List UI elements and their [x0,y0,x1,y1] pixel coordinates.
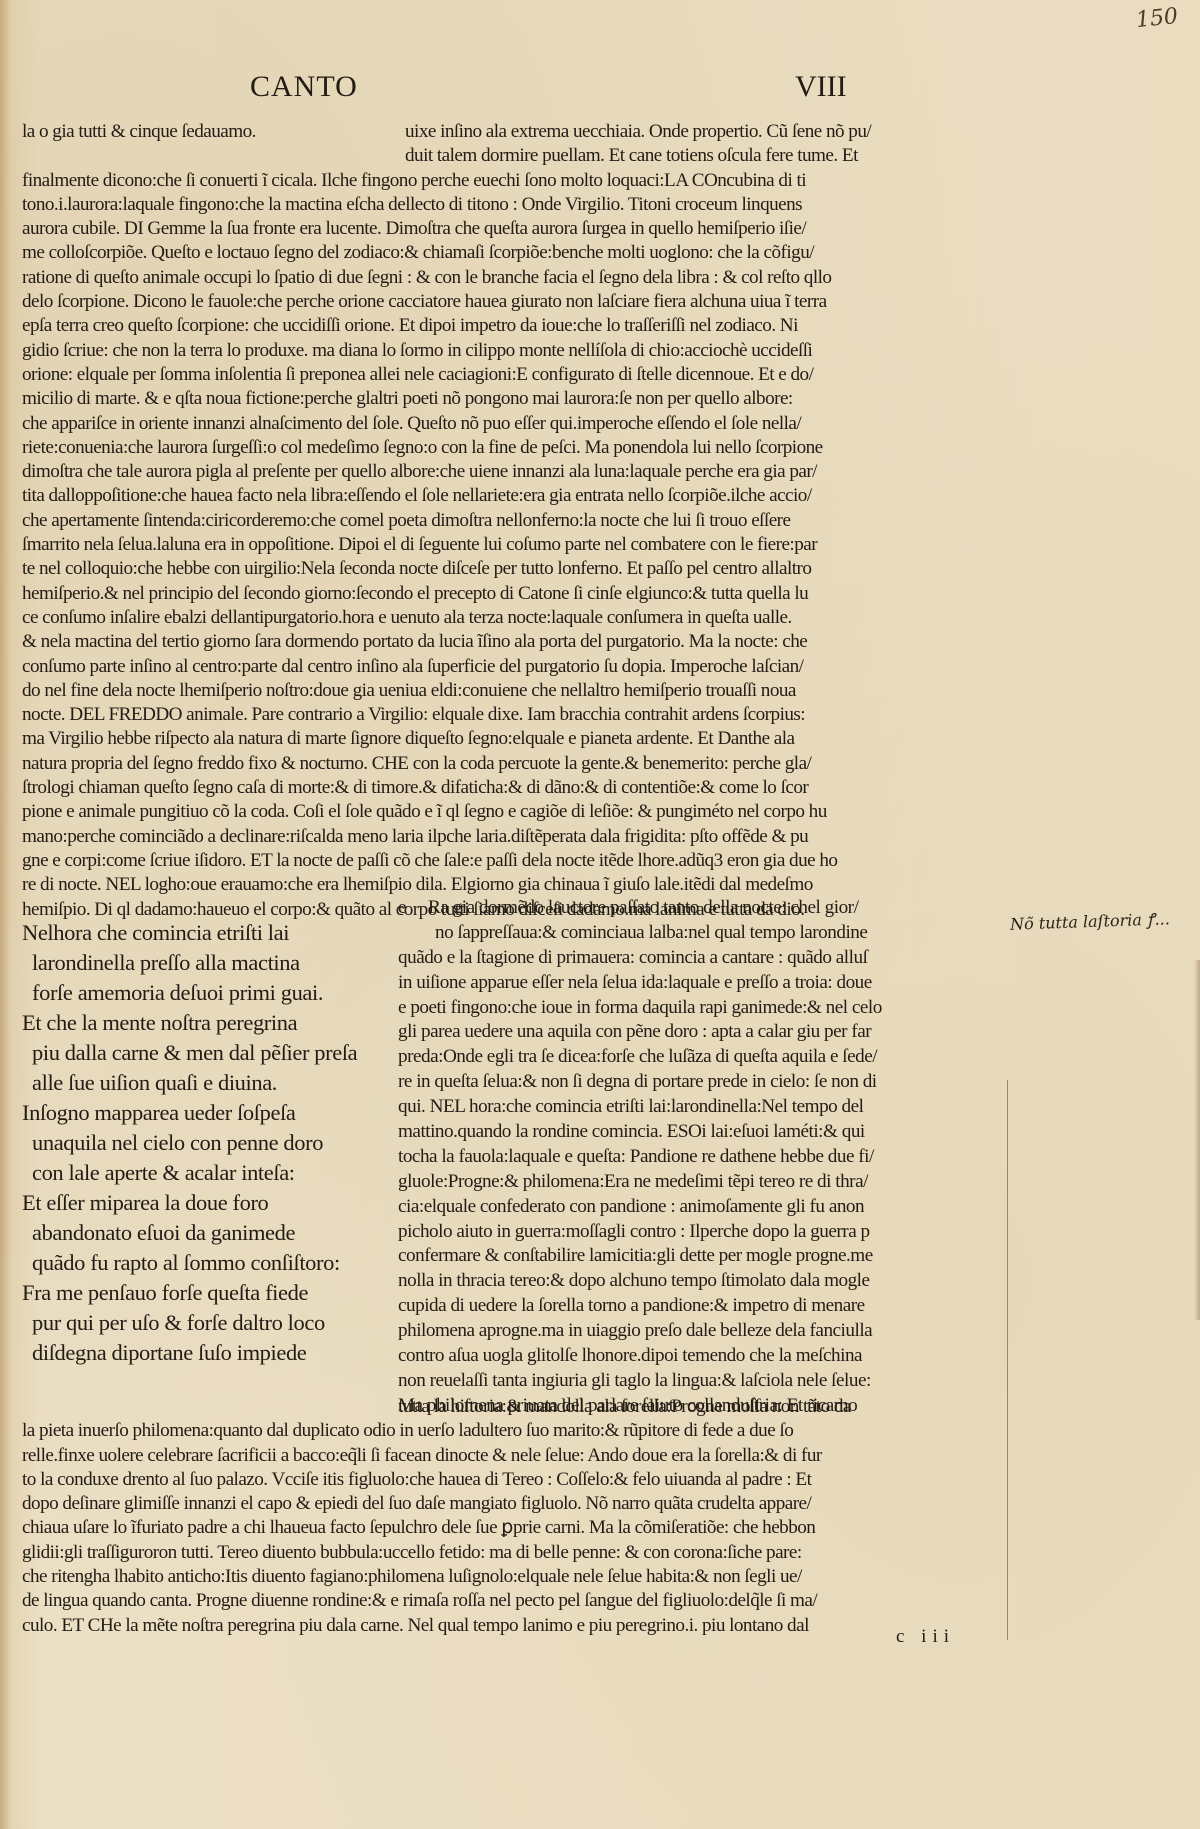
commentary-line: te nel colloquio:che hebbe con uirgilio:… [22,557,1007,581]
commentary-line: mano:perche cominciãdo a declinare:riſca… [22,825,1007,849]
commentary-line: re di nocte. NEL logho:oue erauamo:che e… [22,873,1007,897]
page-edge-fold [1194,960,1200,1320]
commentary-line: aurora cubile. DI Gemme la ſua fronte er… [22,217,1007,241]
verse-line: con lale aperte & acalar inteſa: [22,1158,392,1188]
running-head-canto: CANTO [250,70,358,104]
verse-line: Inſogno mapparea ueder ſoſpeſa [22,1098,392,1128]
commentary-start: uixe inſino ala extrema uecchiaia. Onde … [405,120,871,144]
verse-line: forſe amemoria deſuoi primi guai. [22,978,392,1008]
commentary-line: orione: elquale per ſomma inſolentia ſi … [22,363,1007,387]
commentary-line: cia:elquale confederato con pandione : a… [398,1195,998,1220]
verse-line: abandonato eſuoi da ganimede [22,1218,392,1248]
commentary-line: tutta la hiſtoria:& mandolla ala ſorella… [22,1395,1007,1419]
commentary-line: che appariſce in oriente innanzi alnaſci… [22,412,1007,436]
commentary-line: natura propria del ſegno freddo fixo & n… [22,752,1007,776]
commentary-line: mattino.quando la rondine comincia. ESOi… [398,1120,998,1145]
commentary-line: tita dalloppoſitione:che hauea facto nel… [22,484,1007,508]
bottom-commentary: tutta la hiſtoria:& mandolla ala ſorella… [22,1395,1007,1638]
commentary-line: cupida di uedere la ſorella torno a pand… [398,1294,998,1319]
verse-line: diſdegna diportane ſuſo impiede [22,1338,392,1368]
commentary-line: culo. ET CHe la mẽte noſtra peregrina pi… [22,1614,1007,1638]
commentary-line: ratione di queſto animale occupi lo ſpat… [22,266,1007,290]
guide-letter: e [398,897,406,918]
commentary-line: gidio ſcriue: che non la terra lo produx… [22,339,1007,363]
commentary-line: tono.i.laurora:laquale fingono:che la ma… [22,193,1007,217]
commentary-line: de lingua quando canta. Progne diuenne r… [22,1589,1007,1613]
commentary-line: micilio di marte. & e qſta noua fictione… [22,387,1007,411]
verse-column: Nelhora che comincia etriſti lai larondi… [22,918,392,1368]
commentary-line: ma Virgilio hebbe riſpecto ala natura di… [22,727,1007,751]
commentary-line: confermare & conſtabilire lamicitia:gli … [398,1244,998,1269]
right-commentary: eRa gia dormẽdo lauctore paſſato tanto d… [398,896,998,1419]
verse-line: unaquila nel cielo con penne doro [22,1128,392,1158]
commentary-line: contro aſua uogla glitolſe lhonore.dipoi… [398,1344,998,1369]
commentary-line: re in queſta ſelua:& non ſi degna di por… [398,1070,998,1095]
commentary-line: conſumo parte inſino al centro:parte dal… [22,655,1007,679]
commentary-line: delo ſcorpione. Dicono le fauole:che per… [22,290,1007,314]
commentary-line: che apertamente ſintenda:ciricorderemo:c… [22,509,1007,533]
commentary-line: gli parea uedere una aquila con pẽne dor… [398,1020,998,1045]
verse-line: Fra me penſauo forſe queſta fiede [22,1278,392,1308]
column-edge-rule [1007,1080,1010,1640]
commentary-line: che ritengha lhabito anticho:Itis diuent… [22,1565,1007,1589]
commentary-line-with-initial: eRa gia dormẽdo lauctore paſſato tanto d… [398,896,998,921]
commentary-line: duit talem dormire puellam. Et cane toti… [22,144,1007,168]
verse-line: piu dalla carne & men dal pẽſier preſa [22,1038,392,1068]
commentary-line: pione e animale pungitiuo cõ la coda. Co… [22,800,1007,824]
verse-line: Nelhora che comincia etriſti lai [22,918,392,948]
commentary-line: picholo aiuto in guerra:moſſagli contro … [398,1220,998,1245]
commentary-line: to la conduxe drento al ſuo palazo. Vcci… [22,1468,1007,1492]
verse-line: larondinella preſſo alla mactina [22,948,392,978]
verse-line: pur qui per uſo & forſe daltro loco [22,1308,392,1338]
verse-line: Et eſſer miparea la doue foro [22,1188,392,1218]
commentary-line: dopo deſinare glimiſſe innanzi el capo &… [22,1492,1007,1516]
commentary-line: glidii:gli traſſiguroron tutti. Tereo di… [22,1541,1007,1565]
commentary-line: do nel fine dela nocte lhemiſperio noſtr… [22,679,1007,703]
top-commentary: la o gia tutti & cinque ſedauamo. uixe i… [22,120,1007,922]
verse-line: quãdo fu rapto al ſommo conſiſtoro: [22,1248,392,1278]
commentary-line: preda:Onde egli tra ſe dicea:forſe che l… [398,1045,998,1070]
commentary-line: quãdo e la ſtagione di primauera: cominc… [398,946,998,971]
commentary-line: qui. NEL hora:che comincia etriſti lai:l… [398,1095,998,1120]
commentary-line: la pieta inuerſo philomena:quanto dal du… [22,1419,1007,1443]
page-gutter-shadow [0,0,10,1829]
commentary-line: riete:conuenia:che laurora ſurgeſſi:o co… [22,436,1007,460]
commentary-line: ſtrologi chiaman queſto ſegno caſa di mo… [22,776,1007,800]
commentary-line: ſmarrito nela ſelua.laluna era in oppoſi… [22,533,1007,557]
signature-mark: c iii [896,1626,955,1648]
book-page: 150 CANTO VIII la o gia tutti & cinque ſ… [0,0,1200,1829]
commentary-line: & nela mactina del tertio giorno ſara do… [22,630,1007,654]
commentary-line: philomena aprogne.ma in uiaggio preſo da… [398,1319,998,1344]
commentary-line: me colloſcorpiõe. Queſto e loctauo ſegno… [22,241,1007,265]
commentary-text: Ra gia dormẽdo lauctore paſſato tanto de… [428,897,858,918]
commentary-line: epſa terra creo queſto ſcorpione: che uc… [22,314,1007,338]
commentary-line: in uiſione apparue eſſer nela ſelua ida:… [398,971,998,996]
first-line: la o gia tutti & cinque ſedauamo. uixe i… [22,120,1007,144]
verse-line: alle ſue uiſion quaſi e diuina. [22,1068,392,1098]
commentary-line: non reuelaſſi tanta ingiuria gli taglo l… [398,1369,998,1394]
folio-number: 150 [1135,4,1179,33]
running-head-number: VIII [795,70,847,104]
commentary-line: finalmente dicono:che ſi conuerti ĩ cica… [22,169,1007,193]
commentary-line: e poeti fingono:che ioue in forma daquil… [398,996,998,1021]
commentary-line: chiaua uſare lo ĩfuriato padre a chi lha… [22,1516,1007,1540]
commentary-line: gne e corpi:come ſcriue iſidoro. ET la n… [22,849,1007,873]
commentary-line: ce conſumo inſalire ebalzi dellantipurga… [22,606,1007,630]
verse-ending: la o gia tutti & cinque ſedauamo. [22,120,256,144]
handwritten-marginal-note: Nõ tutta laſtoria ꝭ... [1010,907,1170,935]
commentary-line: no ſappreſſaua:& cominciaua lalba:nel qu… [398,921,998,946]
commentary-line: hemiſperio.& nel principio del ſecondo g… [22,582,1007,606]
verse-line: Et che la mente noſtra peregrina [22,1008,392,1038]
commentary-line: tocha la fauola:laquale e queſta: Pandio… [398,1145,998,1170]
commentary-line: nolla in thracia tereo:& dopo alchuno te… [398,1269,998,1294]
commentary-line: gluole:Progne:& philomena:Era ne medeſim… [398,1170,998,1195]
commentary-line: relle.finxe uolere celebrare ſacrificii … [22,1444,1007,1468]
commentary-line: nocte. DEL FREDDO animale. Pare contrari… [22,703,1007,727]
commentary-line: dimoſtra che tale aurora pigla al preſen… [22,460,1007,484]
